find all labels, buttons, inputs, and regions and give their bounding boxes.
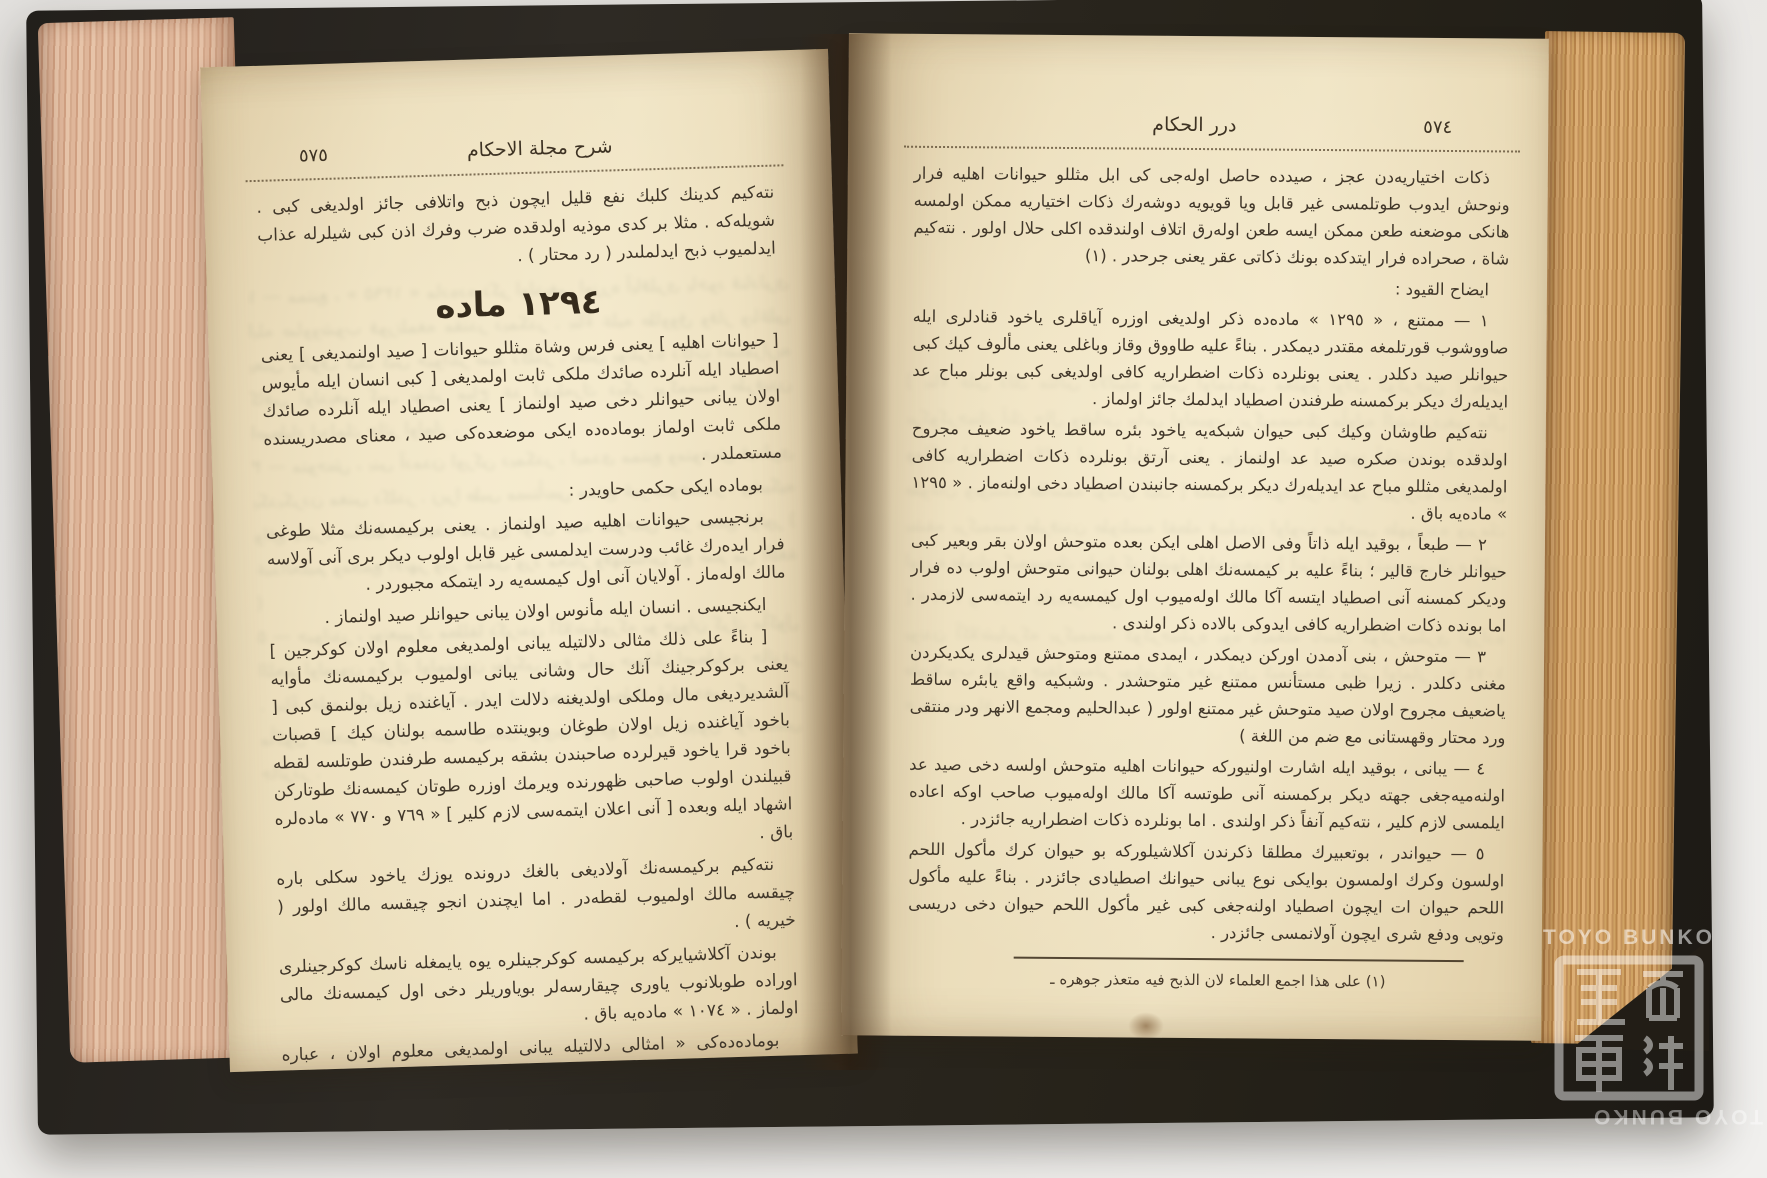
paragraph: ٣ — متوحش ، بنى آدمدن اوركن ديمكدر ، ايم… bbox=[909, 639, 1506, 752]
footnote: (١) على هذا اجمع العلماء لان الذبح فيه م… bbox=[937, 966, 1385, 994]
paragraph: نته‌كيم طاوشان وكيك كبى حيوان شبكه‌يه يا… bbox=[911, 415, 1508, 528]
left-page: ١ — ممتنع ، « ١٢٩٥ » ماده‌ده ذكر اولديغى… bbox=[200, 49, 858, 1072]
page-edges-right bbox=[1531, 31, 1685, 1045]
right-running-title: درر الحكام bbox=[1152, 114, 1236, 137]
right-page-number: ٥٧٤ bbox=[1423, 117, 1452, 138]
paragraph: [ حيوانات اهليه ] يعنى فرس وشاة مثللو حي… bbox=[260, 327, 782, 482]
footnote-rule bbox=[1014, 957, 1464, 963]
paragraph: ٢ — طبعاً ، بوقيد ايله ذاتاً وفى الاصل ا… bbox=[910, 527, 1507, 640]
paragraph: ٤ — يبانى ، بوقيد ايله اشارت اولنيوركه ح… bbox=[909, 751, 1506, 837]
paragraph: بوندن آكلاشيايركه بركيمسه كوكرجينلره يوه… bbox=[279, 938, 799, 1037]
left-running-title: شرح مجلة الاحكام bbox=[467, 135, 613, 161]
left-page-header: ٥٧٥ شرح مجلة الاحكام bbox=[255, 131, 774, 178]
paragraph: برنجيسى حيوانات اهليه صيد اولنماز . يعنى… bbox=[266, 502, 786, 601]
paragraph: ١ — ممتنع ، « ١٢٩٥ » ماده‌ده ذكر اولديغى… bbox=[912, 303, 1509, 416]
right-page: [ بناءً على ذلك مثالى دلالتيله يبانى اول… bbox=[841, 33, 1549, 1040]
article-heading: ١٢٩٤ ماده bbox=[259, 277, 778, 332]
paragraph: نته‌كيم كدينك كلبك نفع قليل ايچون ذبح وا… bbox=[256, 179, 776, 278]
paragraph: ايضاح القيود : bbox=[913, 272, 1509, 304]
page-stain bbox=[1128, 1012, 1164, 1040]
paragraph: ذكات اختياريه‌دن عجز ، صيدده حاصل اوله‌ج… bbox=[913, 160, 1510, 273]
paragraph: ٥ — حيواندر ، بوتعبيرك مطلقا ذكرندن آكلا… bbox=[908, 836, 1505, 949]
left-page-number: ٥٧٥ bbox=[299, 145, 329, 167]
right-page-header: درر الحكام ٥٧٤ bbox=[914, 112, 1510, 149]
paragraph: [ بناءً على ذلك مثالى دلالتيله يبانى اول… bbox=[269, 622, 793, 861]
book-photo: ١ — ممتنع ، « ١٢٩٥ » ماده‌ده ذكر اولديغى… bbox=[0, 0, 1767, 1178]
paragraph: نته‌كيم بركيمسه‌نك آولاديغى بالغك درونده… bbox=[276, 850, 796, 949]
